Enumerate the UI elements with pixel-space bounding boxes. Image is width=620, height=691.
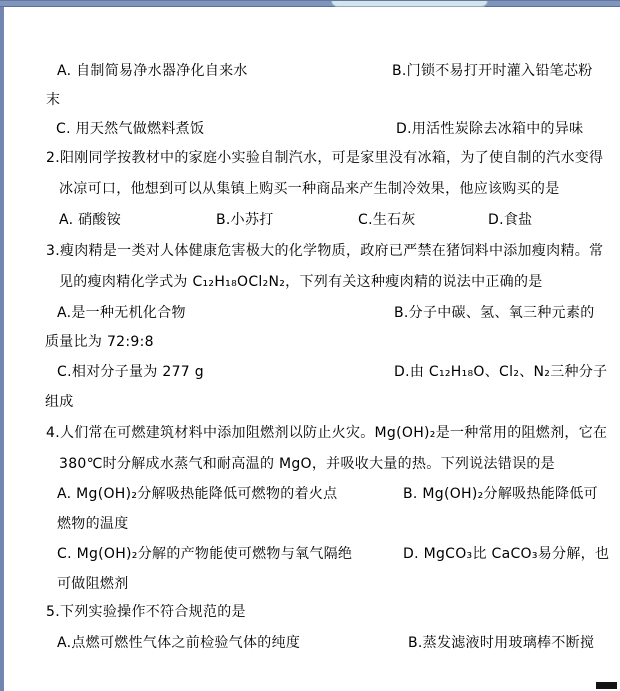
q5-option-b: B.蒸发滤液时用玻璃棒不断搅: [408, 635, 594, 652]
q4-stem-line2: 380℃时分解成水蒸气和耐高温的 MgO，并吸收大量的热。下列说法错误的是: [59, 456, 555, 473]
q4-option-c: C. Mg(OH)₂分解的产物能使可燃物与氧气隔绝: [57, 546, 352, 563]
q3-option-a: A.是一种无机化合物: [57, 305, 186, 322]
q4-option-d-continuation: 可做阻燃剂: [57, 576, 129, 593]
q3-option-d-continuation: 组成: [45, 394, 74, 411]
q4-option-b: B. Mg(OH)₂分解吸热能降低可: [403, 486, 598, 503]
q3-option-d: D.由 C₁₂H₁₈O、Cl₂、N₂三种分子: [394, 364, 607, 381]
q1-option-c: C. 用天然气做燃料煮饭: [56, 121, 204, 138]
q1-option-b-continuation: 末: [46, 92, 60, 109]
q5-option-a: A.点燃可燃性气体之前检验气体的纯度: [57, 635, 300, 652]
q3-stem-line2: 见的瘦肉精化学式为 C₁₂H₁₈OCl₂N₂，下列有关这种瘦肉精的说法中正确的是: [59, 274, 543, 291]
q2-option-b: B.小苏打: [216, 212, 274, 229]
q2-option-d: D.食盐: [488, 212, 532, 229]
q2-option-c: C.生石灰: [358, 212, 416, 229]
q3-stem-line1: 3.瘦肉精是一类对人体健康危害极大的化学物质，政府已严禁在猪饲料中添加瘦肉精。常: [46, 243, 603, 260]
q4-option-b-continuation: 燃物的温度: [57, 516, 129, 533]
q4-stem-line1: 4.人们常在可燃建筑材料中添加阻燃剂以防止火灾。Mg(OH)₂是一种常用的阻燃剂…: [46, 425, 607, 442]
bottom-right-black-mark: [596, 682, 617, 689]
window-toolbar-strip: [0, 0, 620, 7]
q4-option-d: D. MgCO₃比 CaCO₃易分解，也: [403, 546, 609, 563]
q2-option-a: A. 硝酸铵: [59, 212, 121, 229]
q2-stem-line2: 冰凉可口，他想到可以从集镇上购买一种商品来产生制冷效果，他应该购买的是: [59, 181, 560, 198]
q2-stem-line1: 2.阳刚同学按教材中的家庭小实验自制汽水，可是家里没有冰箱，为了使自制的汽水变得: [46, 150, 603, 167]
q1-option-d: D.用活性炭除去冰箱中的异味: [396, 121, 583, 138]
q4-option-a: A. Mg(OH)₂分解吸热能降低可燃物的着火点: [57, 486, 337, 503]
q5-stem: 5.下列实验操作不符合规范的是: [46, 604, 246, 621]
q3-option-b-continuation: 质量比为 72:9:8: [45, 334, 154, 351]
window-left-border: [0, 7, 4, 691]
toolbar-field-fragment[interactable]: [331, 1, 488, 7]
q3-option-b: B.分子中碳、氢、氧三种元素的: [394, 305, 595, 322]
q1-option-b: B.门锁不易打开时灌入铅笔芯粉: [392, 63, 593, 80]
q3-option-c: C.相对分子量为 277 g: [57, 364, 204, 381]
q1-option-a: A. 自制简易净水器净化自来水: [57, 63, 248, 80]
